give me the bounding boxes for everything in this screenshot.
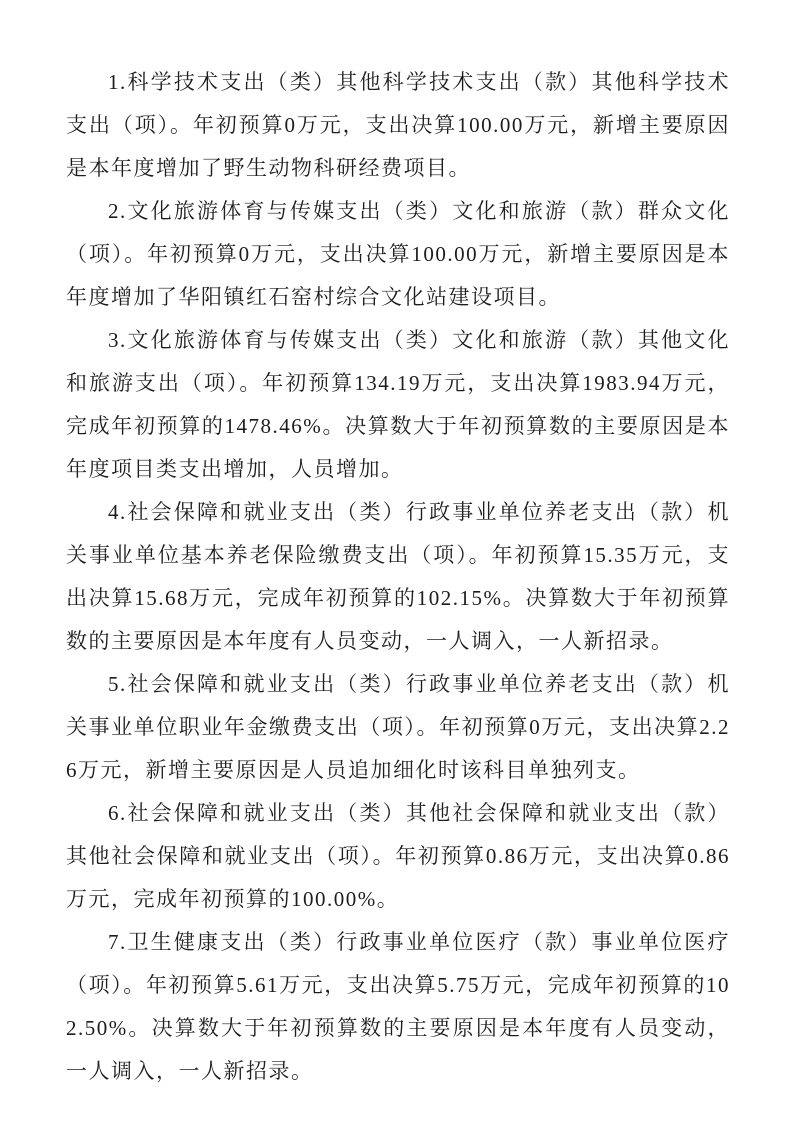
paragraph-science-tech-expenditure: 1.科学技术支出（类）其他科学技术支出（款）其他科学技术支出（项）。年初预算0万… [66, 61, 730, 190]
paragraph-culture-tourism-mass-culture: 2.文化旅游体育与传媒支出（类）文化和旅游（款）群众文化（项）。年初预算0万元，… [66, 190, 730, 319]
paragraph-social-security-other: 6.社会保障和就业支出（类）其他社会保障和就业支出（款）其他社会保障和就业支出（… [66, 792, 730, 921]
paragraph-social-security-pension-basic: 4.社会保障和就业支出（类）行政事业单位养老支出（款）机关事业单位基本养老保险缴… [66, 491, 730, 663]
paragraph-health-expenditure: 7.卫生健康支出（类）行政事业单位医疗（款）事业单位医疗（项）。年初预算5.61… [66, 921, 730, 1093]
document-page: 1.科学技术支出（类）其他科学技术支出（款）其他科学技术支出（项）。年初预算0万… [0, 0, 793, 1122]
paragraph-culture-tourism-other: 3.文化旅游体育与传媒支出（类）文化和旅游（款）其他文化和旅游支出（项）。年初预… [66, 319, 730, 491]
paragraph-social-security-annuity: 5.社会保障和就业支出（类）行政事业单位养老支出（款）机关事业单位职业年金缴费支… [66, 663, 730, 792]
